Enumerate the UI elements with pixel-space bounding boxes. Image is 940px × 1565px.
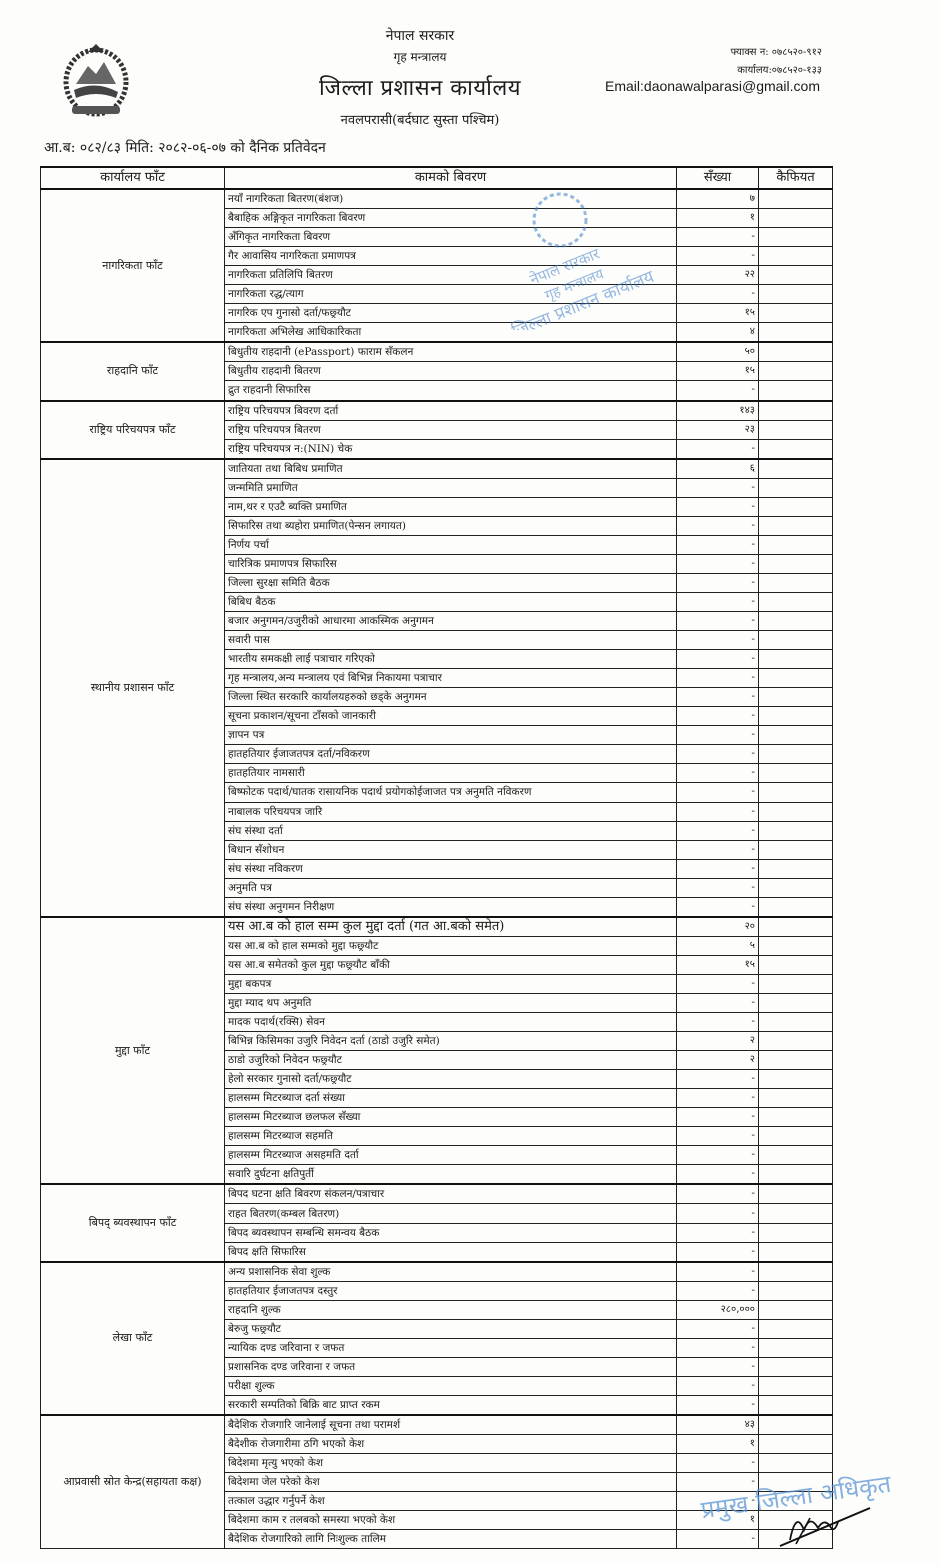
task-count: - <box>677 688 759 707</box>
nepal-government-emblem-icon <box>58 40 134 122</box>
task-count: २२ <box>677 266 759 285</box>
task-count: - <box>677 1089 759 1108</box>
section-name: बिपद् ब्यवस्थापन फाँट <box>41 1184 225 1261</box>
task-remark <box>759 478 833 497</box>
task-remark <box>759 878 833 897</box>
task-description: नाबालक परिचयपत्र जारि <box>225 802 677 821</box>
task-count: - <box>677 1262 759 1282</box>
task-remark <box>759 688 833 707</box>
task-remark <box>759 955 833 974</box>
task-description: द्रुत राहदानी सिफारिस <box>225 381 677 401</box>
task-remark <box>759 1089 833 1108</box>
task-remark <box>759 897 833 917</box>
task-count: २८०,००० <box>677 1300 759 1319</box>
task-remark <box>759 1165 833 1185</box>
task-count: - <box>677 745 759 764</box>
task-remark <box>759 342 833 362</box>
task-count: - <box>677 1165 759 1185</box>
section-name: राहदानि फाँट <box>41 342 225 400</box>
task-description: यस आ.ब को हाल सम्मको मुद्दा फछ्र्यौट <box>225 936 677 955</box>
task-description: बिदेशमा जेल परेको केश <box>225 1473 677 1492</box>
task-count: - <box>677 247 759 266</box>
task-remark <box>759 381 833 401</box>
task-description: बिबिध बैठक <box>225 592 677 611</box>
task-remark <box>759 1395 833 1415</box>
task-description: बिभिन्न किसिमका उजुरि निवेदन दर्ता (ठाडो… <box>225 1032 677 1051</box>
task-count: - <box>677 1146 759 1165</box>
column-header-section: कार्यालय फाँट <box>41 167 225 189</box>
task-description: नागरिकता प्रतिलिपि बितरण <box>225 266 677 285</box>
task-count: - <box>677 897 759 917</box>
task-remark <box>759 266 833 285</box>
task-count: - <box>677 1530 759 1549</box>
task-remark <box>759 439 833 459</box>
task-count: १५ <box>677 955 759 974</box>
task-count: - <box>677 573 759 592</box>
task-description: सरकारी सम्पतिको बिक्रि बाट प्राप्त रकम <box>225 1395 677 1415</box>
task-count: - <box>677 840 759 859</box>
task-description: निर्णय पर्चा <box>225 535 677 554</box>
task-description: हालसम्म मिटरब्याज सहमति <box>225 1127 677 1146</box>
task-remark <box>759 745 833 764</box>
fax-number: फ्याक्स न: ०७८५२०-९१२ <box>731 44 822 58</box>
table-body: नागरिकता फाँटनयाँ नागरिकता बितरण(बंशज)७ब… <box>41 189 833 1549</box>
task-count: - <box>677 650 759 669</box>
task-remark <box>759 401 833 421</box>
task-description: बिपद ब्यवस्थापन सम्बन्धि समन्वय बैठक <box>225 1223 677 1242</box>
task-count: - <box>677 669 759 688</box>
task-description: संघ संस्था नविकरण <box>225 859 677 878</box>
task-description: हातहतियार ईजाजतपत्र दर्ता/नविकरण <box>225 745 677 764</box>
task-description: नाम,थर र एउटै ब्यक्ति प्रमाणित <box>225 497 677 516</box>
task-count: - <box>677 1108 759 1127</box>
task-description: अन्य प्रशासनिक सेवा शुल्क <box>225 1262 677 1282</box>
task-description: बिधान सँशोधन <box>225 840 677 859</box>
task-remark <box>759 516 833 535</box>
task-remark <box>759 323 833 343</box>
task-count: ७ <box>677 189 759 209</box>
task-count: - <box>677 1242 759 1262</box>
task-description: जिल्ला स्थित सरकारि कार्यालयहरुको छड्के … <box>225 688 677 707</box>
task-remark <box>759 209 833 228</box>
task-description: प्रशासनिक दण्ड जरिवाना र जफत <box>225 1357 677 1376</box>
task-remark <box>759 1338 833 1357</box>
task-count: - <box>677 1395 759 1415</box>
task-description: बैदेशिक रोजगारि जानेलाई सूचना तथा परामर्… <box>225 1415 677 1435</box>
task-count: - <box>677 554 759 573</box>
task-remark <box>759 936 833 955</box>
task-count: - <box>677 821 759 840</box>
task-count: - <box>677 535 759 554</box>
task-count: १ <box>677 1435 759 1454</box>
section-name: लेखा फाँट <box>41 1262 225 1415</box>
table-row: नागरिकता फाँटनयाँ नागरिकता बितरण(बंशज)७ <box>41 189 833 209</box>
task-description: बिपद घटना क्षति बिवरण संकलन/पत्राचार <box>225 1184 677 1204</box>
task-remark <box>759 1300 833 1319</box>
daily-report-table: कार्यालय फाँट कामको बिवरण सँख्या कैफियत … <box>40 166 833 1549</box>
district-name: नवलपरासी(बर्दघाट सुस्ता पश्चिम) <box>250 110 590 128</box>
task-description: यस आ.ब को हाल सम्म कुल मुद्दा दर्ता (गत … <box>225 917 677 937</box>
task-count: ६ <box>677 459 759 479</box>
task-description: नागरिकता अभिलेख आधिकारिकता <box>225 323 677 343</box>
task-count: - <box>677 1357 759 1376</box>
task-count: ५ <box>677 936 759 955</box>
task-remark <box>759 1204 833 1223</box>
task-count: १ <box>677 209 759 228</box>
task-count: - <box>677 592 759 611</box>
task-remark <box>759 535 833 554</box>
task-remark <box>759 783 833 802</box>
task-remark <box>759 1013 833 1032</box>
task-description: राहदानि शुल्क <box>225 1300 677 1319</box>
task-remark <box>759 1357 833 1376</box>
task-count: - <box>677 878 759 897</box>
task-description: ज्ञापन पत्र <box>225 726 677 745</box>
task-description: संघ संस्था अनुगमन निरीक्षण <box>225 897 677 917</box>
task-count: - <box>677 439 759 459</box>
task-description: न्यायिक दण्ड जरिवाना र जफत <box>225 1338 677 1357</box>
task-count: - <box>677 859 759 878</box>
task-count: - <box>677 497 759 516</box>
task-remark <box>759 631 833 650</box>
task-count: २ <box>677 1032 759 1051</box>
task-count: १४३ <box>677 401 759 421</box>
task-description: सूचना प्रकाशन/सूचना टाँसको जानकारी <box>225 707 677 726</box>
task-description: बिष्फोटक पदार्थ/घातक रासायनिक पदार्थ प्र… <box>225 783 677 802</box>
task-count: - <box>677 783 759 802</box>
task-remark <box>759 554 833 573</box>
task-count: - <box>677 1223 759 1242</box>
task-description: हातहतियार नामसारी <box>225 764 677 783</box>
task-description: ठाडो उजुरिको निवेदन फछ्र्यौट <box>225 1051 677 1070</box>
task-description: अनुमति पत्र <box>225 878 677 897</box>
task-remark <box>759 917 833 937</box>
column-header-count: सँख्या <box>677 167 759 189</box>
task-remark <box>759 304 833 323</box>
task-count: - <box>677 707 759 726</box>
task-remark <box>759 592 833 611</box>
task-remark <box>759 1070 833 1089</box>
task-count: ४३ <box>677 1415 759 1435</box>
task-description: भारतीय समकक्षी लाई पत्राचार गरिएको <box>225 650 677 669</box>
task-description: तत्काल उद्धार गर्नुपर्ने केश <box>225 1492 677 1511</box>
section-name: राष्ट्रिय परिचयपत्र फाँट <box>41 401 225 459</box>
task-description: जिल्ला सुरक्षा समिति बैठक <box>225 573 677 592</box>
task-count: - <box>677 381 759 401</box>
task-remark <box>759 228 833 247</box>
task-count: २० <box>677 917 759 937</box>
task-remark <box>759 1415 833 1435</box>
task-count: - <box>677 993 759 1012</box>
table-row: स्थानीय प्रशासन फाँटजातियता तथा बिबिध प्… <box>41 459 833 479</box>
task-count: - <box>677 1281 759 1300</box>
task-count: - <box>677 1204 759 1223</box>
table-row: बिपद् ब्यवस्थापन फाँटबिपद घटना क्षति बिव… <box>41 1184 833 1204</box>
task-remark <box>759 497 833 516</box>
task-description: जन्ममिति प्रमाणित <box>225 478 677 497</box>
task-remark <box>759 1108 833 1127</box>
task-count: २ <box>677 1051 759 1070</box>
task-count: - <box>677 764 759 783</box>
task-description: मादक पदार्थ(रक्सि) सेवन <box>225 1013 677 1032</box>
task-description: बैदेशिक रोजगारिको लागि निःशुल्क तालिम <box>225 1530 677 1549</box>
task-remark <box>759 1281 833 1300</box>
task-remark <box>759 764 833 783</box>
task-description: संघ संस्था दर्ता <box>225 821 677 840</box>
task-remark <box>759 1435 833 1454</box>
task-description: बिदेशमा काम र तलबको समस्या भएको केश <box>225 1511 677 1530</box>
task-remark <box>759 802 833 821</box>
task-description: परीक्षा शुल्क <box>225 1376 677 1395</box>
task-description: राष्ट्रिय परिचयपत्र न:(NIN) चेक <box>225 439 677 459</box>
task-count: २३ <box>677 420 759 439</box>
task-count: ४ <box>677 323 759 343</box>
task-count: - <box>677 285 759 304</box>
task-remark <box>759 1242 833 1262</box>
task-description: हालसम्म मिटरब्याज असहमति दर्ता <box>225 1146 677 1165</box>
task-remark <box>759 420 833 439</box>
task-description: यस आ.ब समेतको कुल मुद्दा फछ्र्यौट बाँकी <box>225 955 677 974</box>
task-count: - <box>677 1127 759 1146</box>
task-description: चारित्रिक प्रमाणपत्र सिफारिस <box>225 554 677 573</box>
task-description: हातहतियार ईजाजतपत्र दस्तुर <box>225 1281 677 1300</box>
task-remark <box>759 612 833 631</box>
task-description: बैदेशीक रोजगारीमा ठगि भएको केश <box>225 1435 677 1454</box>
column-header-remarks: कैफियत <box>759 167 833 189</box>
task-description: राहत बितरण(कम्बल बितरण) <box>225 1204 677 1223</box>
report-title: आ.ब: ०८२/८३ मिति: २०८२-०६-०७ को दैनिक प्… <box>44 138 326 157</box>
task-remark <box>759 1223 833 1242</box>
task-count: - <box>677 802 759 821</box>
task-description: नागरिक एप गुनासो दर्ता/फछ्र्यौट <box>225 304 677 323</box>
task-count: - <box>677 1013 759 1032</box>
task-remark <box>759 189 833 209</box>
task-remark <box>759 285 833 304</box>
table-row: मुद्दा फाँटयस आ.ब को हाल सम्म कुल मुद्दा… <box>41 917 833 937</box>
task-count: - <box>677 974 759 993</box>
task-description: नागरिकता रद्ध/त्याग <box>225 285 677 304</box>
task-remark <box>759 1184 833 1204</box>
task-remark <box>759 1146 833 1165</box>
task-description: राष्ट्रिय परिचयपत्र बितरण <box>225 420 677 439</box>
task-remark <box>759 821 833 840</box>
task-remark <box>759 669 833 688</box>
task-count: - <box>677 726 759 745</box>
task-description: हालसम्म मिटरब्याज दर्ता संख्या <box>225 1089 677 1108</box>
task-count: - <box>677 1338 759 1357</box>
task-count: - <box>677 228 759 247</box>
task-remark <box>759 459 833 479</box>
task-description: मुद्दा म्याद थप अनुमति <box>225 993 677 1012</box>
table-row: राष्ट्रिय परिचयपत्र फाँटराष्ट्रिय परिचयप… <box>41 401 833 421</box>
task-remark <box>759 1127 833 1146</box>
email-address: Email:daonawalparasi@gmail.com <box>605 78 820 94</box>
task-description: बैबाहिक अङ्गिकृत नागरिकता बिवरण <box>225 209 677 228</box>
task-remark <box>759 247 833 266</box>
task-count: - <box>677 1454 759 1473</box>
task-count: - <box>677 1184 759 1204</box>
task-count: - <box>677 1376 759 1395</box>
task-remark <box>759 1319 833 1338</box>
task-description: सवारि दुर्घटना क्षतिपुर्ती <box>225 1165 677 1185</box>
task-description: अँगिकृत नागरिकता बिवरण <box>225 228 677 247</box>
government-name: नेपाल सरकार <box>250 26 590 45</box>
task-remark <box>759 993 833 1012</box>
task-remark <box>759 650 833 669</box>
task-remark <box>759 726 833 745</box>
section-name: मुद्दा फाँट <box>41 917 225 1185</box>
task-remark <box>759 859 833 878</box>
ministry-name: गृह मन्त्रालय <box>250 48 590 65</box>
task-description: बिधुतीय राहदानी (ePassport) फाराम सँकलन <box>225 342 677 362</box>
task-remark <box>759 1454 833 1473</box>
task-remark <box>759 573 833 592</box>
task-description: गैर आवासिय नागरिकता प्रमाणपत्र <box>225 247 677 266</box>
table-row: आप्रवासी स्रोत केन्द्र(सहायता कक्ष)बैदेश… <box>41 1415 833 1435</box>
task-count: ५० <box>677 342 759 362</box>
table-row: राहदानि फाँटबिधुतीय राहदानी (ePassport) … <box>41 342 833 362</box>
task-description: बिपद क्षति सिफारिस <box>225 1242 677 1262</box>
task-remark <box>759 1376 833 1395</box>
office-name: जिल्ला प्रशासन कार्यालय <box>250 72 590 102</box>
section-name: स्थानीय प्रशासन फाँट <box>41 459 225 917</box>
task-count: - <box>677 516 759 535</box>
task-count: - <box>677 1319 759 1338</box>
section-name: नागरिकता फाँट <box>41 189 225 342</box>
signature-icon <box>770 1500 880 1550</box>
task-remark <box>759 1262 833 1282</box>
task-description: बजार अनुगमन/उजुरीको आधारमा आकस्मिक अनुगम… <box>225 612 677 631</box>
task-remark <box>759 1032 833 1051</box>
section-name: आप्रवासी स्रोत केन्द्र(सहायता कक्ष) <box>41 1415 225 1549</box>
task-remark <box>759 974 833 993</box>
task-description: बेरुजु फछ्र्यौट <box>225 1319 677 1338</box>
task-remark <box>759 840 833 859</box>
task-description: राष्ट्रिय परिचयपत्र बिवरण दर्ता <box>225 401 677 421</box>
task-count: - <box>677 631 759 650</box>
task-count: - <box>677 612 759 631</box>
task-description: बिदेशमा मृत्यु भएको केश <box>225 1454 677 1473</box>
office-phone: कार्यालय:०७८५२०-१३३ <box>737 62 822 76</box>
task-description: गृह मन्त्रालय,अन्य मन्त्रालय एवं बिभिन्न… <box>225 669 677 688</box>
table-header-row: कार्यालय फाँट कामको बिवरण सँख्या कैफियत <box>41 167 833 189</box>
task-count: - <box>677 478 759 497</box>
task-count: - <box>677 1070 759 1089</box>
task-count: १५ <box>677 304 759 323</box>
task-description: जातियता तथा बिबिध प्रमाणित <box>225 459 677 479</box>
table-row: लेखा फाँटअन्य प्रशासनिक सेवा शुल्क- <box>41 1262 833 1282</box>
task-remark <box>759 362 833 381</box>
column-header-description: कामको बिवरण <box>225 167 677 189</box>
task-description: सवारी पास <box>225 631 677 650</box>
task-remark <box>759 707 833 726</box>
task-remark <box>759 1051 833 1070</box>
task-description: मुद्दा बकपत्र <box>225 974 677 993</box>
task-description: बिधुतीय राहदानी बितरण <box>225 362 677 381</box>
task-count: १५ <box>677 362 759 381</box>
task-description: नयाँ नागरिकता बितरण(बंशज) <box>225 189 677 209</box>
task-description: सिफारिस तथा ब्यहोरा प्रमाणित(पेन्सन लगाय… <box>225 516 677 535</box>
task-description: हेलो सरकार गुनासो दर्ता/फछ्र्यौट <box>225 1070 677 1089</box>
task-description: हालसम्म मिटरब्याज छलफल सँख्या <box>225 1108 677 1127</box>
